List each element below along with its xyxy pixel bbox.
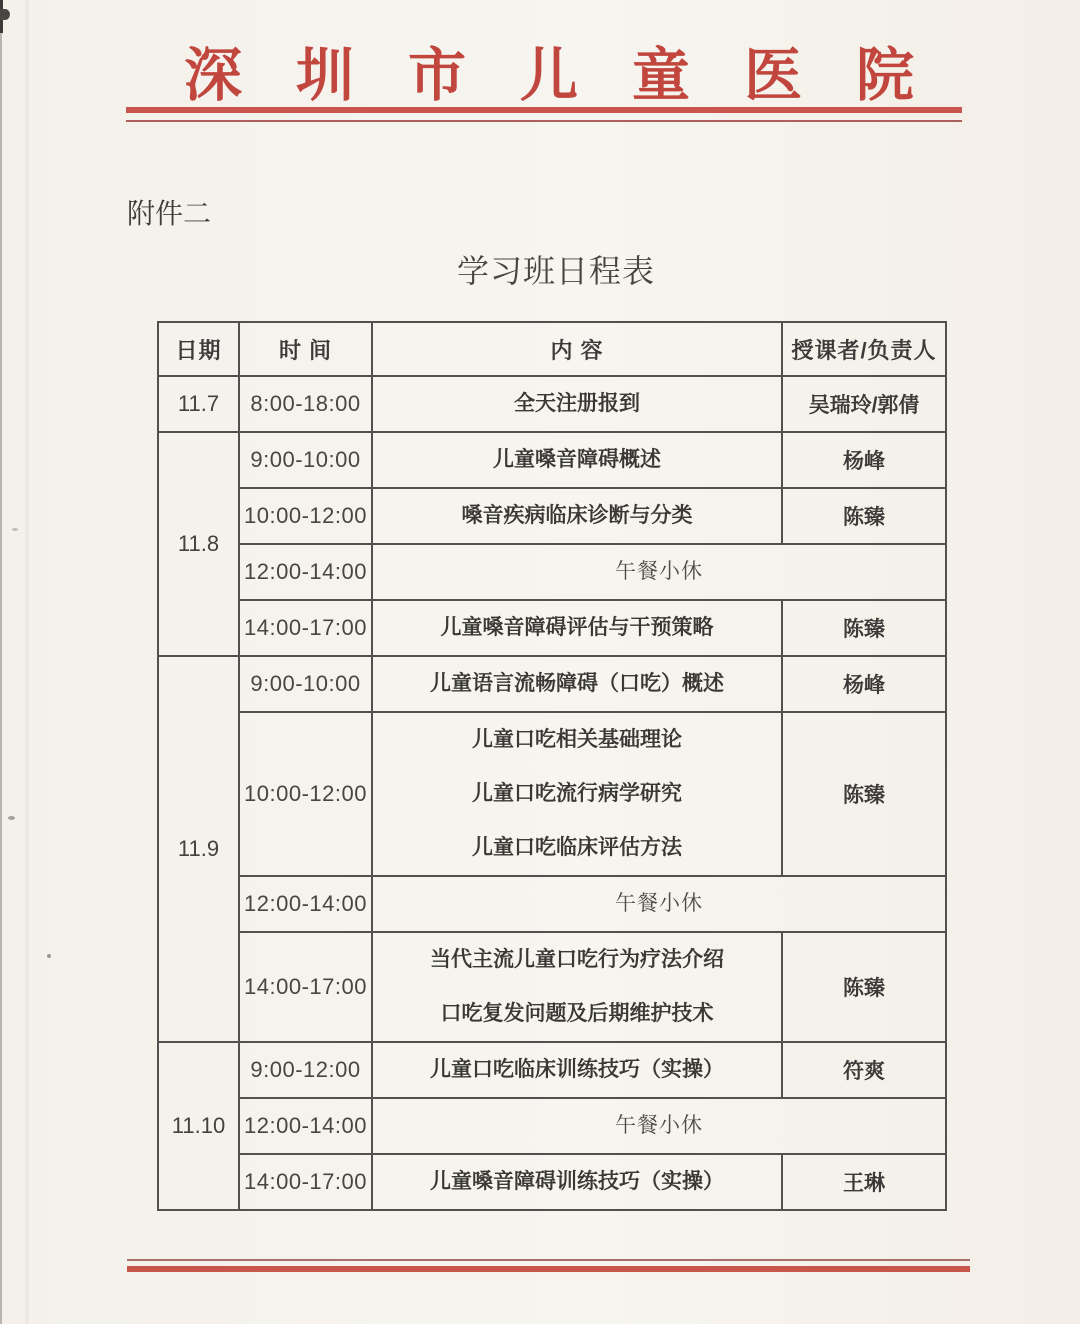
table-row: 14:00-17:00当代主流儿童口吃行为疗法介绍口吃复发问题及后期维护技术陈臻 xyxy=(158,932,946,1042)
time-cell: 14:00-17:00 xyxy=(239,1154,372,1210)
schedule-table: 日期 时 间 内 容 授课者/负责人 11.78:00-18:00全天注册报到吴… xyxy=(157,321,947,1211)
page-title: 学习班日程表 xyxy=(0,246,1080,292)
header-cell-time: 时 间 xyxy=(239,322,372,376)
table-row: 14:00-17:00儿童嗓音障碍评估与干预策略陈臻 xyxy=(158,600,946,656)
scan-speck xyxy=(47,954,51,958)
schedule-table-body: 11.78:00-18:00全天注册报到吴瑞玲/郭倩11.89:00-10:00… xyxy=(158,376,946,1210)
date-cell: 11.9 xyxy=(158,656,239,1042)
footer-rule-thick xyxy=(127,1266,970,1272)
content-line: 儿童口吃临床训练技巧（实操） xyxy=(373,1043,781,1097)
content-cell: 儿童嗓音障碍评估与干预策略 xyxy=(372,600,782,656)
scanned-document-page: { "page": { "hospital_name": "深圳市儿童医院", … xyxy=(0,0,1080,1324)
content-line: 嗓音疾病临床诊断与分类 xyxy=(373,489,781,543)
content-line: 儿童口吃流行病学研究 xyxy=(373,767,781,821)
header-cell-lecturer: 授课者/负责人 xyxy=(782,322,946,376)
content-line: 儿童口吃相关基础理论 xyxy=(373,713,781,767)
footer-rule-thin xyxy=(127,1259,970,1261)
lecturer-cell: 陈臻 xyxy=(782,488,946,544)
letterhead-rule-thin xyxy=(126,120,962,122)
content-line: 儿童语言流畅障碍（口吃）概述 xyxy=(373,657,781,711)
scan-speck xyxy=(12,528,18,531)
header-cell-content: 内 容 xyxy=(372,322,782,376)
table-row: 10:00-12:00嗓音疾病临床诊断与分类陈臻 xyxy=(158,488,946,544)
date-cell: 11.8 xyxy=(158,432,239,656)
content-line: 当代主流儿童口吃行为疗法介绍 xyxy=(373,933,781,987)
date-cell: 11.10 xyxy=(158,1042,239,1210)
letterhead-rule-thick xyxy=(126,107,962,113)
time-cell: 14:00-17:00 xyxy=(239,932,372,1042)
lecturer-cell: 符爽 xyxy=(782,1042,946,1098)
lecturer-cell: 吴瑞玲/郭倩 xyxy=(782,376,946,432)
lunch-break-cell: 午餐小休 xyxy=(372,544,946,600)
table-row: 12:00-14:00午餐小休 xyxy=(158,876,946,932)
time-cell: 10:00-12:00 xyxy=(239,712,372,876)
table-row: 11.109:00-12:00儿童口吃临床训练技巧（实操）符爽 xyxy=(158,1042,946,1098)
time-cell: 12:00-14:00 xyxy=(239,544,372,600)
content-line: 儿童嗓音障碍训练技巧（实操） xyxy=(373,1155,781,1209)
lunch-break-cell: 午餐小休 xyxy=(372,876,946,932)
table-row: 10:00-12:00儿童口吃相关基础理论儿童口吃流行病学研究儿童口吃临床评估方… xyxy=(158,712,946,876)
content-cell: 当代主流儿童口吃行为疗法介绍口吃复发问题及后期维护技术 xyxy=(372,932,782,1042)
table-row: 12:00-14:00午餐小休 xyxy=(158,544,946,600)
time-cell: 8:00-18:00 xyxy=(239,376,372,432)
content-cell: 儿童嗓音障碍概述 xyxy=(372,432,782,488)
time-cell: 9:00-10:00 xyxy=(239,656,372,712)
content-cell: 儿童口吃相关基础理论儿童口吃流行病学研究儿童口吃临床评估方法 xyxy=(372,712,782,876)
table-row: 14:00-17:00儿童嗓音障碍训练技巧（实操）王琳 xyxy=(158,1154,946,1210)
content-line: 午餐小休 xyxy=(373,545,945,599)
content-line: 午餐小休 xyxy=(373,1099,945,1153)
time-cell: 12:00-14:00 xyxy=(239,876,372,932)
content-cell: 全天注册报到 xyxy=(372,376,782,432)
lecturer-cell: 王琳 xyxy=(782,1154,946,1210)
table-header-row: 日期 时 间 内 容 授课者/负责人 xyxy=(158,322,946,376)
scan-edge-line xyxy=(0,0,2,1324)
paper-fold-line xyxy=(25,0,29,1324)
content-line: 全天注册报到 xyxy=(373,377,781,431)
table-row: 11.89:00-10:00儿童嗓音障碍概述杨峰 xyxy=(158,432,946,488)
table-row: 11.99:00-10:00儿童语言流畅障碍（口吃）概述杨峰 xyxy=(158,656,946,712)
content-line: 儿童口吃临床评估方法 xyxy=(373,821,781,875)
content-line: 儿童嗓音障碍概述 xyxy=(373,433,781,487)
content-cell: 儿童嗓音障碍训练技巧（实操） xyxy=(372,1154,782,1210)
date-cell: 11.7 xyxy=(158,376,239,432)
header-cell-date: 日期 xyxy=(158,322,239,376)
content-cell: 儿童口吃临床训练技巧（实操） xyxy=(372,1042,782,1098)
scan-speck xyxy=(8,816,15,820)
time-cell: 12:00-14:00 xyxy=(239,1098,372,1154)
content-line: 儿童嗓音障碍评估与干预策略 xyxy=(373,601,781,655)
lecturer-cell: 陈臻 xyxy=(782,932,946,1042)
attachment-label: 附件二 xyxy=(127,192,211,232)
time-cell: 9:00-12:00 xyxy=(239,1042,372,1098)
scan-corner-speck xyxy=(0,9,10,20)
time-cell: 9:00-10:00 xyxy=(239,432,372,488)
content-cell: 儿童语言流畅障碍（口吃）概述 xyxy=(372,656,782,712)
lecturer-cell: 杨峰 xyxy=(782,432,946,488)
lecturer-cell: 杨峰 xyxy=(782,656,946,712)
time-cell: 14:00-17:00 xyxy=(239,600,372,656)
hospital-letterhead-title: 深圳市儿童医院 xyxy=(184,28,968,112)
table-row: 11.78:00-18:00全天注册报到吴瑞玲/郭倩 xyxy=(158,376,946,432)
lecturer-cell: 陈臻 xyxy=(782,600,946,656)
time-cell: 10:00-12:00 xyxy=(239,488,372,544)
content-cell: 嗓音疾病临床诊断与分类 xyxy=(372,488,782,544)
lunch-break-cell: 午餐小休 xyxy=(372,1098,946,1154)
content-line: 口吃复发问题及后期维护技术 xyxy=(373,987,781,1041)
lecturer-cell: 陈臻 xyxy=(782,712,946,876)
content-line: 午餐小休 xyxy=(373,877,945,931)
table-row: 12:00-14:00午餐小休 xyxy=(158,1098,946,1154)
